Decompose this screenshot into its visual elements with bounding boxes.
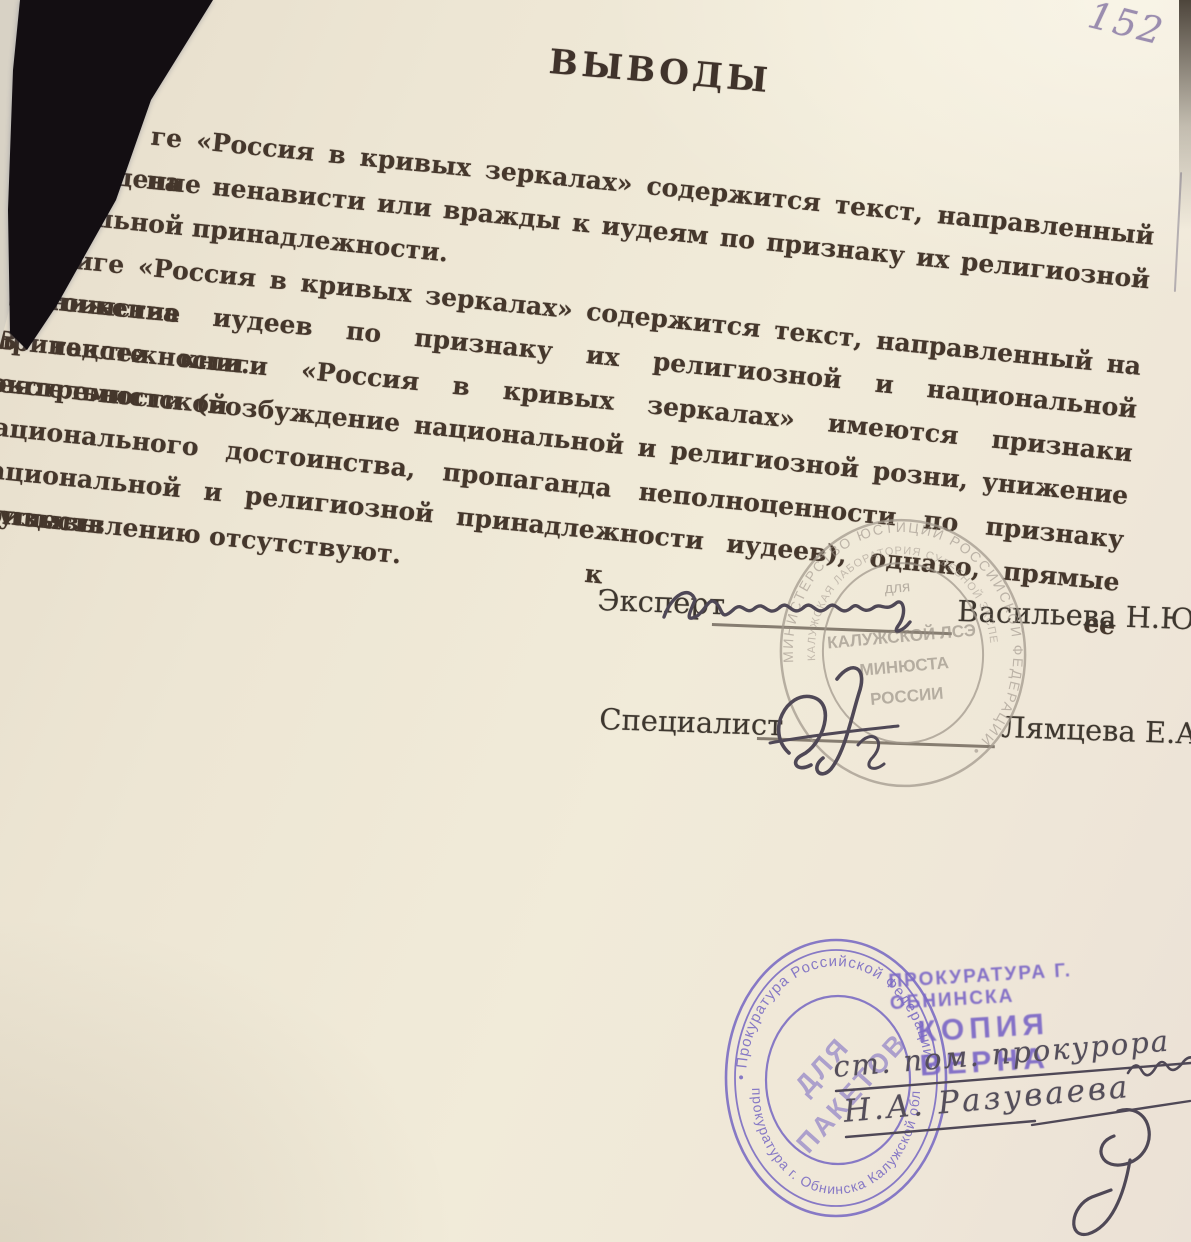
handwritten-page-number: 152 [1084,0,1169,54]
expert-label: Эксперт [597,583,726,621]
razuvaeva-flourish-ink [1101,1110,1149,1165]
razuvaeva-flourish-ink [1074,1160,1130,1235]
paper-crease-line [1174,172,1182,292]
lab-seal-center-text: РОССИИ [869,684,944,709]
specialist-signature-ink [779,696,826,767]
page-title: ВЫВОДЫ [548,42,774,101]
lab-seal-center-text: МИНЮСТА [859,653,950,680]
fold-dark-area [8,0,213,350]
specialist-signature-ink [817,668,862,774]
document-photo-page: 152 ВЫВОДЫ ге «Россия в кривых зеркалах»… [0,0,1191,1242]
signature-line [757,737,995,748]
folded-page-corner [0,0,270,430]
specialist-name: Лямцева Е.А. [1001,710,1191,751]
